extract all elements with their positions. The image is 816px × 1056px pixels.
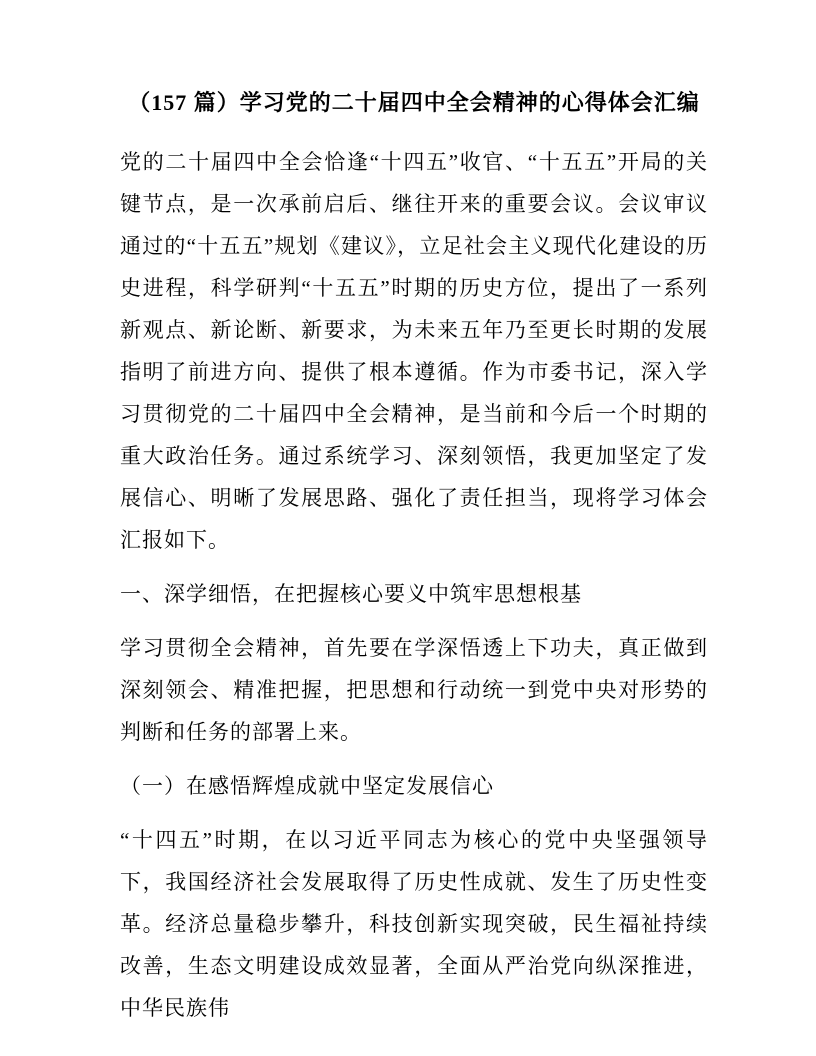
paragraph-section-1-intro: 学习贯彻全会精神，首先要在学深悟透上下功夫，真正做到深刻领会、精准把握，把思想和… bbox=[120, 627, 708, 753]
paragraph-subsection-1-1: “十四五”时期，在以习近平同志为核心的党中央坚强领导下，我国经济社会发展取得了历… bbox=[120, 819, 708, 1029]
document-page: （157 篇）学习党的二十届四中全会精神的心得体会汇编 党的二十届四中全会恰逢“… bbox=[0, 0, 816, 1056]
section-heading-1: 一、深学细悟，在把握核心要义中筑牢思想根基 bbox=[120, 573, 708, 615]
document-title: （157 篇）学习党的二十届四中全会精神的心得体会汇编 bbox=[120, 88, 708, 117]
paragraph-intro: 党的二十届四中全会恰逢“十四五”收官、“十五五”开局的关键节点，是一次承前启后、… bbox=[120, 141, 708, 561]
subsection-heading-1-1: （一）在感悟辉煌成就中坚定发展信心 bbox=[120, 765, 708, 807]
